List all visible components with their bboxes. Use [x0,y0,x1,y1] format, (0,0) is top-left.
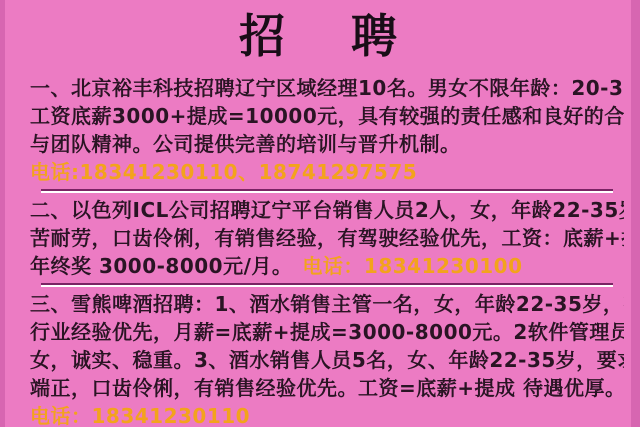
job-1-line-3: 与团队精神。公司提供完善的培训与晋升机制。 [30,130,624,158]
job-1-phone-numbers: 电话:18341230110、18741297575 [30,158,624,186]
job-section-1: 一、北京裕丰科技招聘辽宁区域经理10名。男女不限年龄：20-35岁， 工资底薪3… [30,74,624,186]
job-1-line-2: 工资底薪3000+提成=10000元，具有较强的责任感和良好的合作意识 [30,102,624,130]
job-2-line-1: 二、以色列ICL公司招聘辽宁平台销售人员2人，女，年龄22-35岁，吃 [30,196,624,224]
job-3-line-1: 三、雪熊啤酒招聘：1、酒水销售主管一名，女，年龄22-35岁，有餐饮 [30,290,624,318]
job-3-line-2: 行业经验优先，月薪=底薪+提成=3000-8000元。2软件管理员一名， [30,318,624,346]
poster-title: 招 聘 [0,6,640,66]
poster-body: 一、北京裕丰科技招聘辽宁区域经理10名。男女不限年龄：20-35岁， 工资底薪3… [0,74,640,427]
job-3-phone-number: 电话：18341230110 [30,402,624,427]
job-3-line-4: 端正，口齿伶俐，有销售经验优先。工资=底薪+提成 待遇优厚。 [30,374,624,402]
job-1-line-1: 一、北京裕丰科技招聘辽宁区域经理10名。男女不限年龄：20-35岁， [30,74,624,102]
section-divider [41,283,613,287]
section-divider [41,189,613,193]
job-2-line-3: 年终奖 3000-8000元/月。电话：18341230100 [30,252,624,280]
job-2-line-3-text: 年终奖 3000-8000元/月。 [30,254,292,278]
job-2-phone-number: 电话：18341230100 [302,254,522,278]
recruitment-poster: 招 聘 一、北京裕丰科技招聘辽宁区域经理10名。男女不限年龄：20-35岁， 工… [0,0,640,427]
job-3-line-3: 女，诚实、稳重。3、酒水销售人员5名，女、年龄22-35岁，要求品貌 [30,346,624,374]
job-section-2: 二、以色列ICL公司招聘辽宁平台销售人员2人，女，年龄22-35岁，吃 苦耐劳，… [30,196,624,280]
job-section-3: 三、雪熊啤酒招聘：1、酒水销售主管一名，女，年龄22-35岁，有餐饮 行业经验优… [30,290,624,427]
job-2-line-2: 苦耐劳，口齿伶俐，有销售经验，有驾驶经验优先，工资：底薪+提成+ [30,224,624,252]
